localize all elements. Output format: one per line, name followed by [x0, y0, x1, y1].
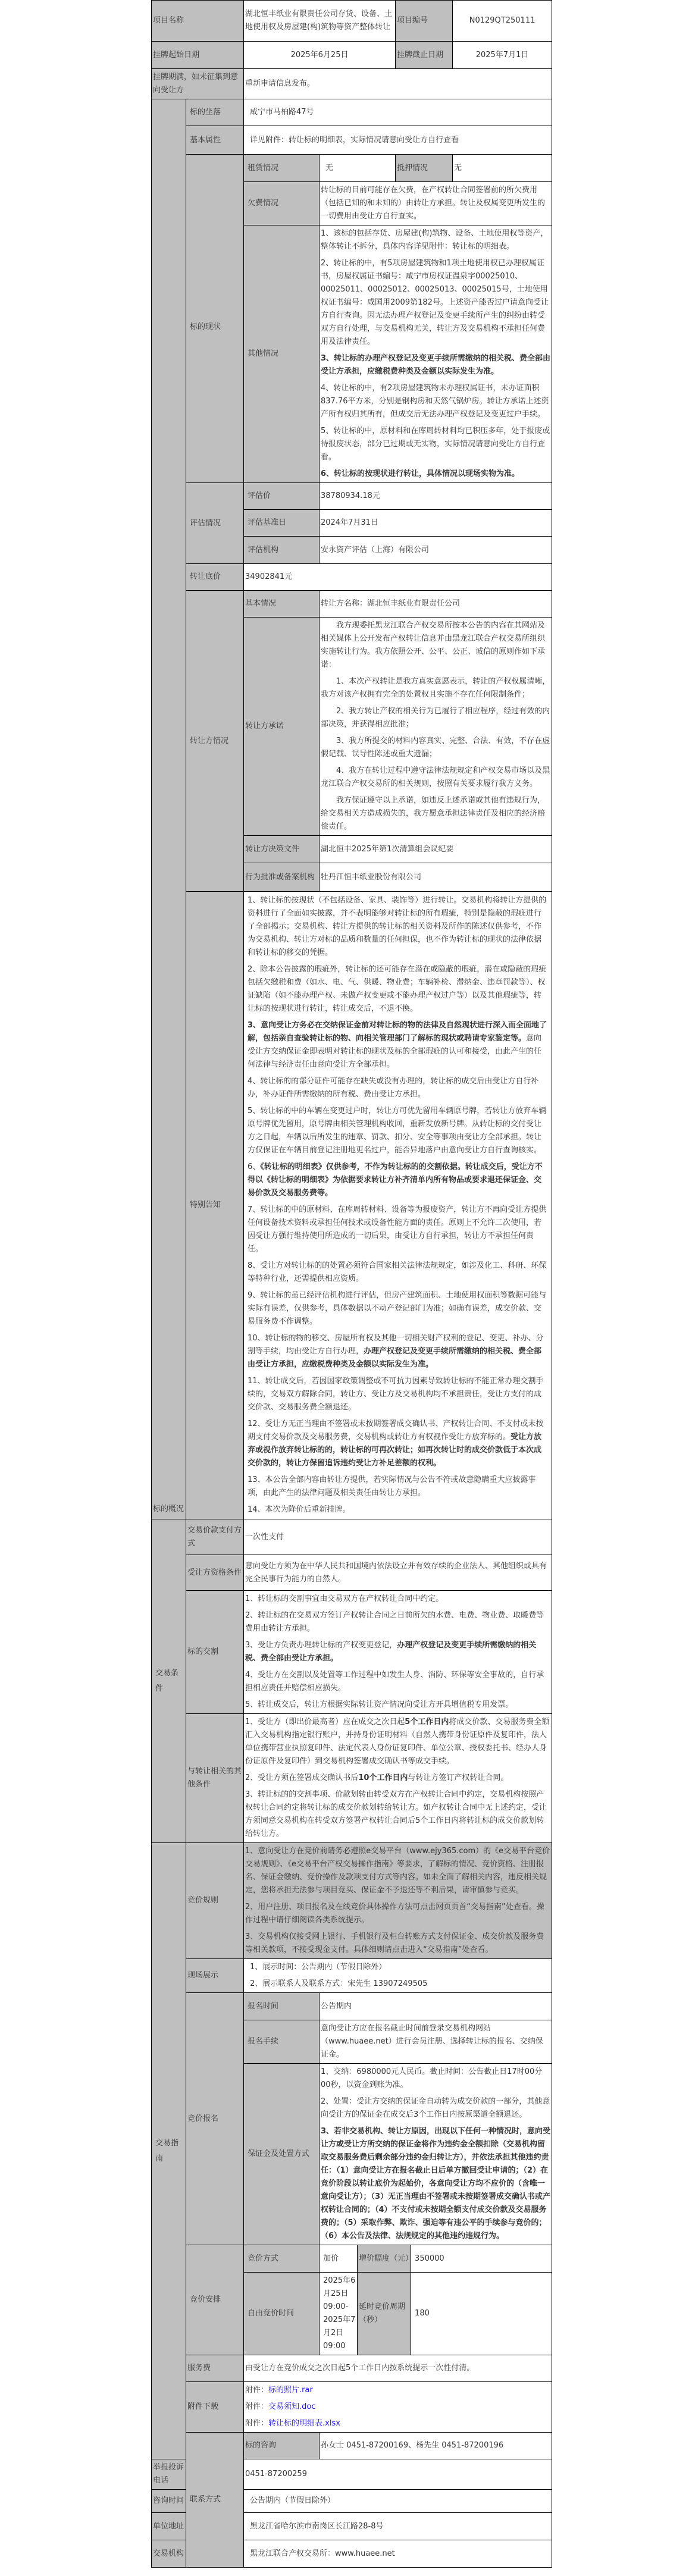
label-notice: 特别告知 [186, 892, 244, 1519]
label-increment: 增价幅度（元） [358, 2245, 411, 2273]
label-end-date: 挂牌截止日期 [396, 42, 453, 69]
label-basic: 基本属性 [186, 126, 244, 155]
label-mortgage: 抵押情况 [396, 155, 453, 182]
label-overview: 标的概况 [152, 99, 186, 1519]
display-item: 2、展示联系人及联系方式：宋先生 13907249505 [250, 1978, 550, 1991]
special-notice: 1、转让标的按现状（不包括设备、家具、装饰等）进行转让。交易机构将转让方提供的资… [244, 892, 552, 1519]
label-guide: 交易指南 [152, 1843, 186, 2459]
label-appraisal-value: 评估价 [244, 483, 320, 510]
label-delivery: 标的交割 [186, 1591, 244, 1714]
deposit-item: 3、若非交易机构、转让方原因，出现以下任何一种情况时，意向受让方或受让方所交纳的… [321, 2125, 550, 2243]
promise-item: 我方保证遵守以上承诺，如违反上述承诺或其他有违规行为，给交易相关方造成损失的，我… [321, 794, 550, 833]
project-announcement-table: 项目名称 湖北恒丰纸业有限责任公司存货、设备、土地使用权及房屋建(构)筑物等资产… [151, 0, 552, 2568]
promise-item: 1、本次产权转让是我方真实意愿表示，转让的产权权属清晰，我方对该产权拥有完全的处… [321, 675, 550, 701]
consult-hours: 公告期内（节假日除外） [244, 2490, 552, 2513]
label-decision: 转让方决策文件 [244, 836, 320, 863]
notice-item: 13、本公告全部内容由转让方提供，若实际情况与公告不符或故意隐瞒重大应披露事项，… [248, 1474, 548, 1500]
bid-rule-item: 2、用户注册、项目报名及在线竞价具体操作方法可点击网页页首“交易指南”处查看。操… [245, 1901, 550, 1927]
label-appraisal: 评估情况 [186, 483, 244, 564]
basic-attribute: 详见附件：转让标的明细表，实际情况请意向受让方自行查看 [244, 126, 552, 155]
notice-item: 11、转让成交后，若因国家政策调整或不可抗力因素导致转让标的不能正常办理交割手续… [248, 1375, 548, 1414]
deposit-item: 2、处置：受让方交纳的保证金自动转为成交价款的一部分，其他意向受让方的保证金在成… [321, 2095, 550, 2121]
label-seller-basic: 基本情况 [244, 591, 320, 618]
other-condition-item: 3、转让标的办理产权登记及变更手续所需缴纳的相关税、费全部由受让方承担，应缴税费… [321, 352, 550, 378]
delivery-item: 4、受让方在交割以及处置等工作过程中如发生人身、消防、环保等安全事故的，自行承担… [245, 1669, 550, 1695]
notice-item: 4、转让标的的部分证件可能存在缺失或没有办理的，转让标的成交后由受让方自行补办，… [248, 1075, 548, 1101]
label-status: 标的现状 [186, 155, 244, 483]
notice-item: 7、转让标的中的原材料、在库周转材料、设备等为报废资产，转让方不再向受让方提供任… [248, 1204, 548, 1256]
exchange-org: 黑龙江联合产权交易所：www.huaee.net [244, 2540, 552, 2568]
label-attachments: 附件下载 [186, 2382, 244, 2433]
mortgage: 无 [453, 155, 552, 182]
attachments: 附件：标的照片.rar附件：交易须知.doc附件：转让标的明细表.xlsx [244, 2382, 552, 2433]
label-deposit: 保证金及处置方式 [244, 2064, 320, 2245]
notice-item: 10、转让标的物的移交、房屋所有权及其他一切相关财产权利的登记、变更、补办、分割… [248, 1332, 548, 1371]
decision-doc: 湖北恒丰2025年第1次清算组会议纪要 [320, 836, 552, 863]
signup-time: 公告期内 [320, 1993, 552, 2020]
appraisal-value: 38780934.18元 [320, 483, 552, 510]
label-address: 单位地址 [152, 2513, 186, 2540]
label-appraisal-org: 评估机构 [244, 537, 320, 564]
label-report: 举报投诉电话 [152, 2459, 186, 2490]
notice-item: 6、《转让标的明细表》仅供参考，不作为转让标的的交割依据。转让成交后，受让方不得… [248, 1161, 548, 1200]
label-display: 现场展示 [186, 1959, 244, 1993]
other-condition-item: 6、转让标的按现状进行转让，具体情况以现场实物为准。 [321, 468, 550, 481]
seller-basic: 转让方名称：湖北恒丰纸业有限责任公司 [320, 591, 552, 618]
label-hours: 咨询时间 [152, 2490, 186, 2513]
label-org: 交易机构 [152, 2540, 186, 2568]
deposit-item: 1、交纳：6980000元人民币。截止时间：公告截止日17时00分00秒，以资金… [321, 2066, 550, 2092]
label-other-conditions: 与转让相关的其他条件 [186, 1714, 244, 1843]
onsite-display: 1、展示时间：公告期内（节假日除外）2、展示联系人及联系方式：宋先生 13907… [244, 1959, 552, 1993]
label-project-code: 项目编号 [396, 1, 453, 42]
attachment-link[interactable]: 交易须知.doc [268, 2402, 316, 2411]
row-dates: 挂牌起始日期 2025年6月25日 挂牌截止日期 2025年7月1日 [152, 42, 552, 69]
project-name: 湖北恒丰纸业有限责任公司存货、设备、土地使用权及房屋建(构)筑物等资产整体转让 [244, 1, 396, 42]
label-contact: 联系方式 [186, 2433, 244, 2568]
label-other: 其他情况 [244, 225, 320, 483]
report-phone: 0451-87200259 [244, 2459, 552, 2490]
bid-method: 加价 [320, 2245, 358, 2273]
label-seller: 转让方情况 [186, 591, 244, 892]
appraisal-date: 2024年7月31日 [320, 510, 552, 537]
attachment-link[interactable]: 标的照片.rar [268, 2386, 313, 2395]
notice-item: 5、转让标的中的车辆在变更过户时，转让方可优先留用车辆原号牌，若转让方放弃车辆原… [248, 1105, 548, 1157]
appraisal-org: 安永资产评估（上海）有限公司 [320, 537, 552, 564]
other-condition-item: 2、受让方须在签署成交确认书后10个工作日内与转让方签订产权转让合同。 [245, 1772, 550, 1785]
bid-time: 2025年6月25日09:00-2025年7月2日09:00 [320, 2273, 358, 2355]
notice-item: 1、转让标的按现状（不包括设备、家具、装饰等）进行转让。交易机构将转让方提供的资… [248, 894, 548, 960]
label-bid-rules: 竞价规则 [186, 1843, 244, 1959]
end-date: 2025年7月1日 [453, 42, 552, 69]
other-condition-item: 1、受让方（即出价最高者）应在成交之次日起5个工作日内将成交价款、交易服务费全额… [245, 1716, 550, 1768]
approval-org: 牡丹江恒丰纸业股份有限公司 [320, 863, 552, 892]
delivery-item: 2、转让标的在交易双方签订产权转让合同之日前所欠的水费、电费、物业费、取暖费等费… [245, 1609, 550, 1635]
location: 咸宁市马柏路47号 [244, 99, 552, 126]
promise-item: 我方现委托黑龙江联合产权交易所按本公告的内容在其网站及相关媒体上公开发布产权转让… [321, 619, 550, 672]
promise-item: 2、我方转让产权的相关行为已履行了相应程序，经过有效的内部决策，并获得相应批准； [321, 705, 550, 731]
label-arrears: 欠费情况 [244, 182, 320, 225]
notice-item: 8、受让方对转让标的的处置必须符合国家相关法律法规规定，如涉及化工、科研、环保等… [248, 1259, 548, 1286]
label-project-name: 项目名称 [152, 1, 244, 42]
deposit: 1、交纳：6980000元人民币。截止时间：公告截止日17时00分00秒，以资金… [320, 2064, 552, 2245]
attachment-item: 附件：标的照片.rar [245, 2384, 550, 2397]
other-condition-item: 3、转让标的的交割事项、价款划转由转受双方在产权转让合同中约定，交易机构按照产权… [245, 1788, 550, 1841]
label-payment: 交易价款支付方式 [186, 1519, 244, 1555]
label-signup-time: 报名时间 [244, 1993, 320, 2020]
label-start-date: 挂牌起始日期 [152, 42, 244, 69]
delay-period: 180 [411, 2273, 552, 2355]
arrears: 转让标的目前可能存在欠费，在产权转让合同签署前的所欠费用（包括已知的和未知的）由… [320, 182, 552, 225]
label-conditions: 交易条件 [152, 1519, 186, 1843]
attachment-item: 附件：交易须知.doc [245, 2400, 550, 2414]
promise-item: 4、我方在转让过程中遵守法律法规规定和产权交易市场以及黑龙江联合产权交易所的相关… [321, 764, 550, 791]
attachment-item: 附件：转让标的明细表.xlsx [245, 2417, 550, 2430]
start-date: 2025年6月25日 [244, 42, 396, 69]
other-conditions: 1、该标的包括存货、房屋建(构)筑物、设备、土地使用权等资产，整体转让不拆分，具… [320, 225, 552, 483]
label-signup: 竞价报名 [186, 1993, 244, 2245]
qualification: 意向受让方须为在中华人民共和国境内依法设立并有效存续的企业法人、其他组织或具有完… [244, 1555, 552, 1591]
promise-item: 3、我方所提交的材料内容真实、完整、合法、有效，不存在虚假记载、误导性陈述或重大… [321, 735, 550, 761]
notice-item: 14、本次为降价后重新挂牌。 [248, 1503, 548, 1516]
project-code: N0129QT250111 [453, 1, 552, 42]
service-fee: 由受让方在竞价成交之次日起5个工作日内按系统提示一次性付清。 [244, 2355, 552, 2382]
notice-item: 9、转让标的虽已经评估机构进行评估，但房产建筑面积、土地使用权面积等数据可能与实… [248, 1289, 548, 1328]
floor-price: 34902841元 [244, 564, 552, 591]
delivery-item: 3、受让方负责办理转让标的产权变更登记，办理产权登记及变更手续所需缴纳的相关税、… [245, 1639, 550, 1665]
notice-item: 3、意向受让方务必在交纳保证金前对转让标的物的法律及自然现状进行深入而全面地了解… [248, 1019, 548, 1071]
consult-contact: 孙女士 0451-87200169、杨先生 0451-87200196 [320, 2433, 552, 2459]
delivery: 1、转让标的交割事宜由交易双方在产权转让合同中约定。2、转让标的在交易双方签订产… [244, 1591, 552, 1714]
label-qualification: 受让方资格条件 [186, 1555, 244, 1591]
row-expire: 挂牌期满，如未征集到意向受让方 重新申请信息发布。 [152, 69, 552, 99]
payment-method: 一次性支付 [244, 1519, 552, 1555]
other-condition-item: 4、转让标的中，有2项房屋建筑物未办理权属证书，未办证面积837.76平方米，分… [321, 382, 550, 421]
increment: 350000 [411, 2245, 552, 2273]
attachment-link[interactable]: 转让标的明细表.xlsx [268, 2419, 340, 2428]
delivery-item: 1、转让标的交割事宜由交易双方在产权转让合同中约定。 [245, 1593, 550, 1606]
label-floor-price: 转让底价 [186, 564, 244, 591]
bid-rule-item: 1、意向受让方在竞价前请务必遵照e交易平台（www.ejy365.com）的《e… [245, 1845, 550, 1897]
label-service-fee: 服务费 [186, 2355, 244, 2382]
other-condition-item: 2、转让标的中，有5项房屋建筑物和1项土地使用权已办理权属证书，房屋权属证书编号… [321, 257, 550, 349]
other-condition-item: 1、该标的包括存货、房屋建(构)筑物、设备、土地使用权等资产，整体转让不拆分，具… [321, 227, 550, 253]
lease: 无 [320, 155, 396, 182]
address: 黑龙江省哈尔滨市南岗区长江路28-8号 [244, 2513, 552, 2540]
label-arrange: 竞价安排 [186, 2245, 244, 2355]
bid-rule-item: 3、交易机构仅接受网上银行、手机银行及柜台转账方式支付保证金、成交价款及服务费等… [245, 1931, 550, 1957]
label-bid-time: 自由竞价时间 [244, 2273, 320, 2355]
expire-value: 重新申请信息发布。 [244, 69, 552, 99]
bid-rules: 1、意向受让方在竞价前请务必遵照e交易平台（www.ejy365.com）的《e… [244, 1843, 552, 1959]
label-consult: 标的咨询 [244, 2433, 320, 2459]
notice-item: 2、除本公告披露的瑕疵外，转让标的还可能存在潜在或隐蔽的瑕疵，潜在或隐蔽的瑕疵包… [248, 963, 548, 1016]
row-project-name: 项目名称 湖北恒丰纸业有限责任公司存货、设备、土地使用权及房屋建(构)筑物等资产… [152, 1, 552, 42]
label-expire: 挂牌期满，如未征集到意向受让方 [152, 69, 244, 99]
delivery-item: 5、转让成交后，转让方根据实际转让资产情况向受让方开具增值税专用发票。 [245, 1698, 550, 1712]
label-delay: 延时竞价周期（秒） [358, 2273, 411, 2355]
label-bid-method: 竞价方式 [244, 2245, 320, 2273]
display-item: 1、展示时间：公告期内（节假日除外） [250, 1961, 550, 1974]
label-signup-proc: 报名手续 [244, 2020, 320, 2064]
seller-promise: 我方现委托黑龙江联合产权交易所按本公告的内容在其网站及相关媒体上公开发布产权转让… [320, 618, 552, 836]
other-transfer-conditions: 1、受让方（即出价最高者）应在成交之次日起5个工作日内将成交价款、交易服务费全额… [244, 1714, 552, 1843]
label-location: 标的坐落 [186, 99, 244, 126]
label-appraisal-date: 评估基准日 [244, 510, 320, 537]
other-condition-item: 5、转让标的中，原材料和在库周转材料均已积压多年，处于报废或待报废状态，部分已过… [321, 425, 550, 464]
label-lease: 租赁情况 [244, 155, 320, 182]
label-promise: 转让方承诺 [244, 618, 320, 836]
notice-item: 12、受让方无正当理由不签署或未按期签署成交确认书、产权转让合同、不支付或未按期… [248, 1418, 548, 1470]
signup-procedure: 意向受让方应在报名截止时间前登录交易机构网站（www.huaee.net）进行会… [320, 2020, 552, 2064]
label-approval: 行为批准或备案机构 [244, 863, 320, 892]
